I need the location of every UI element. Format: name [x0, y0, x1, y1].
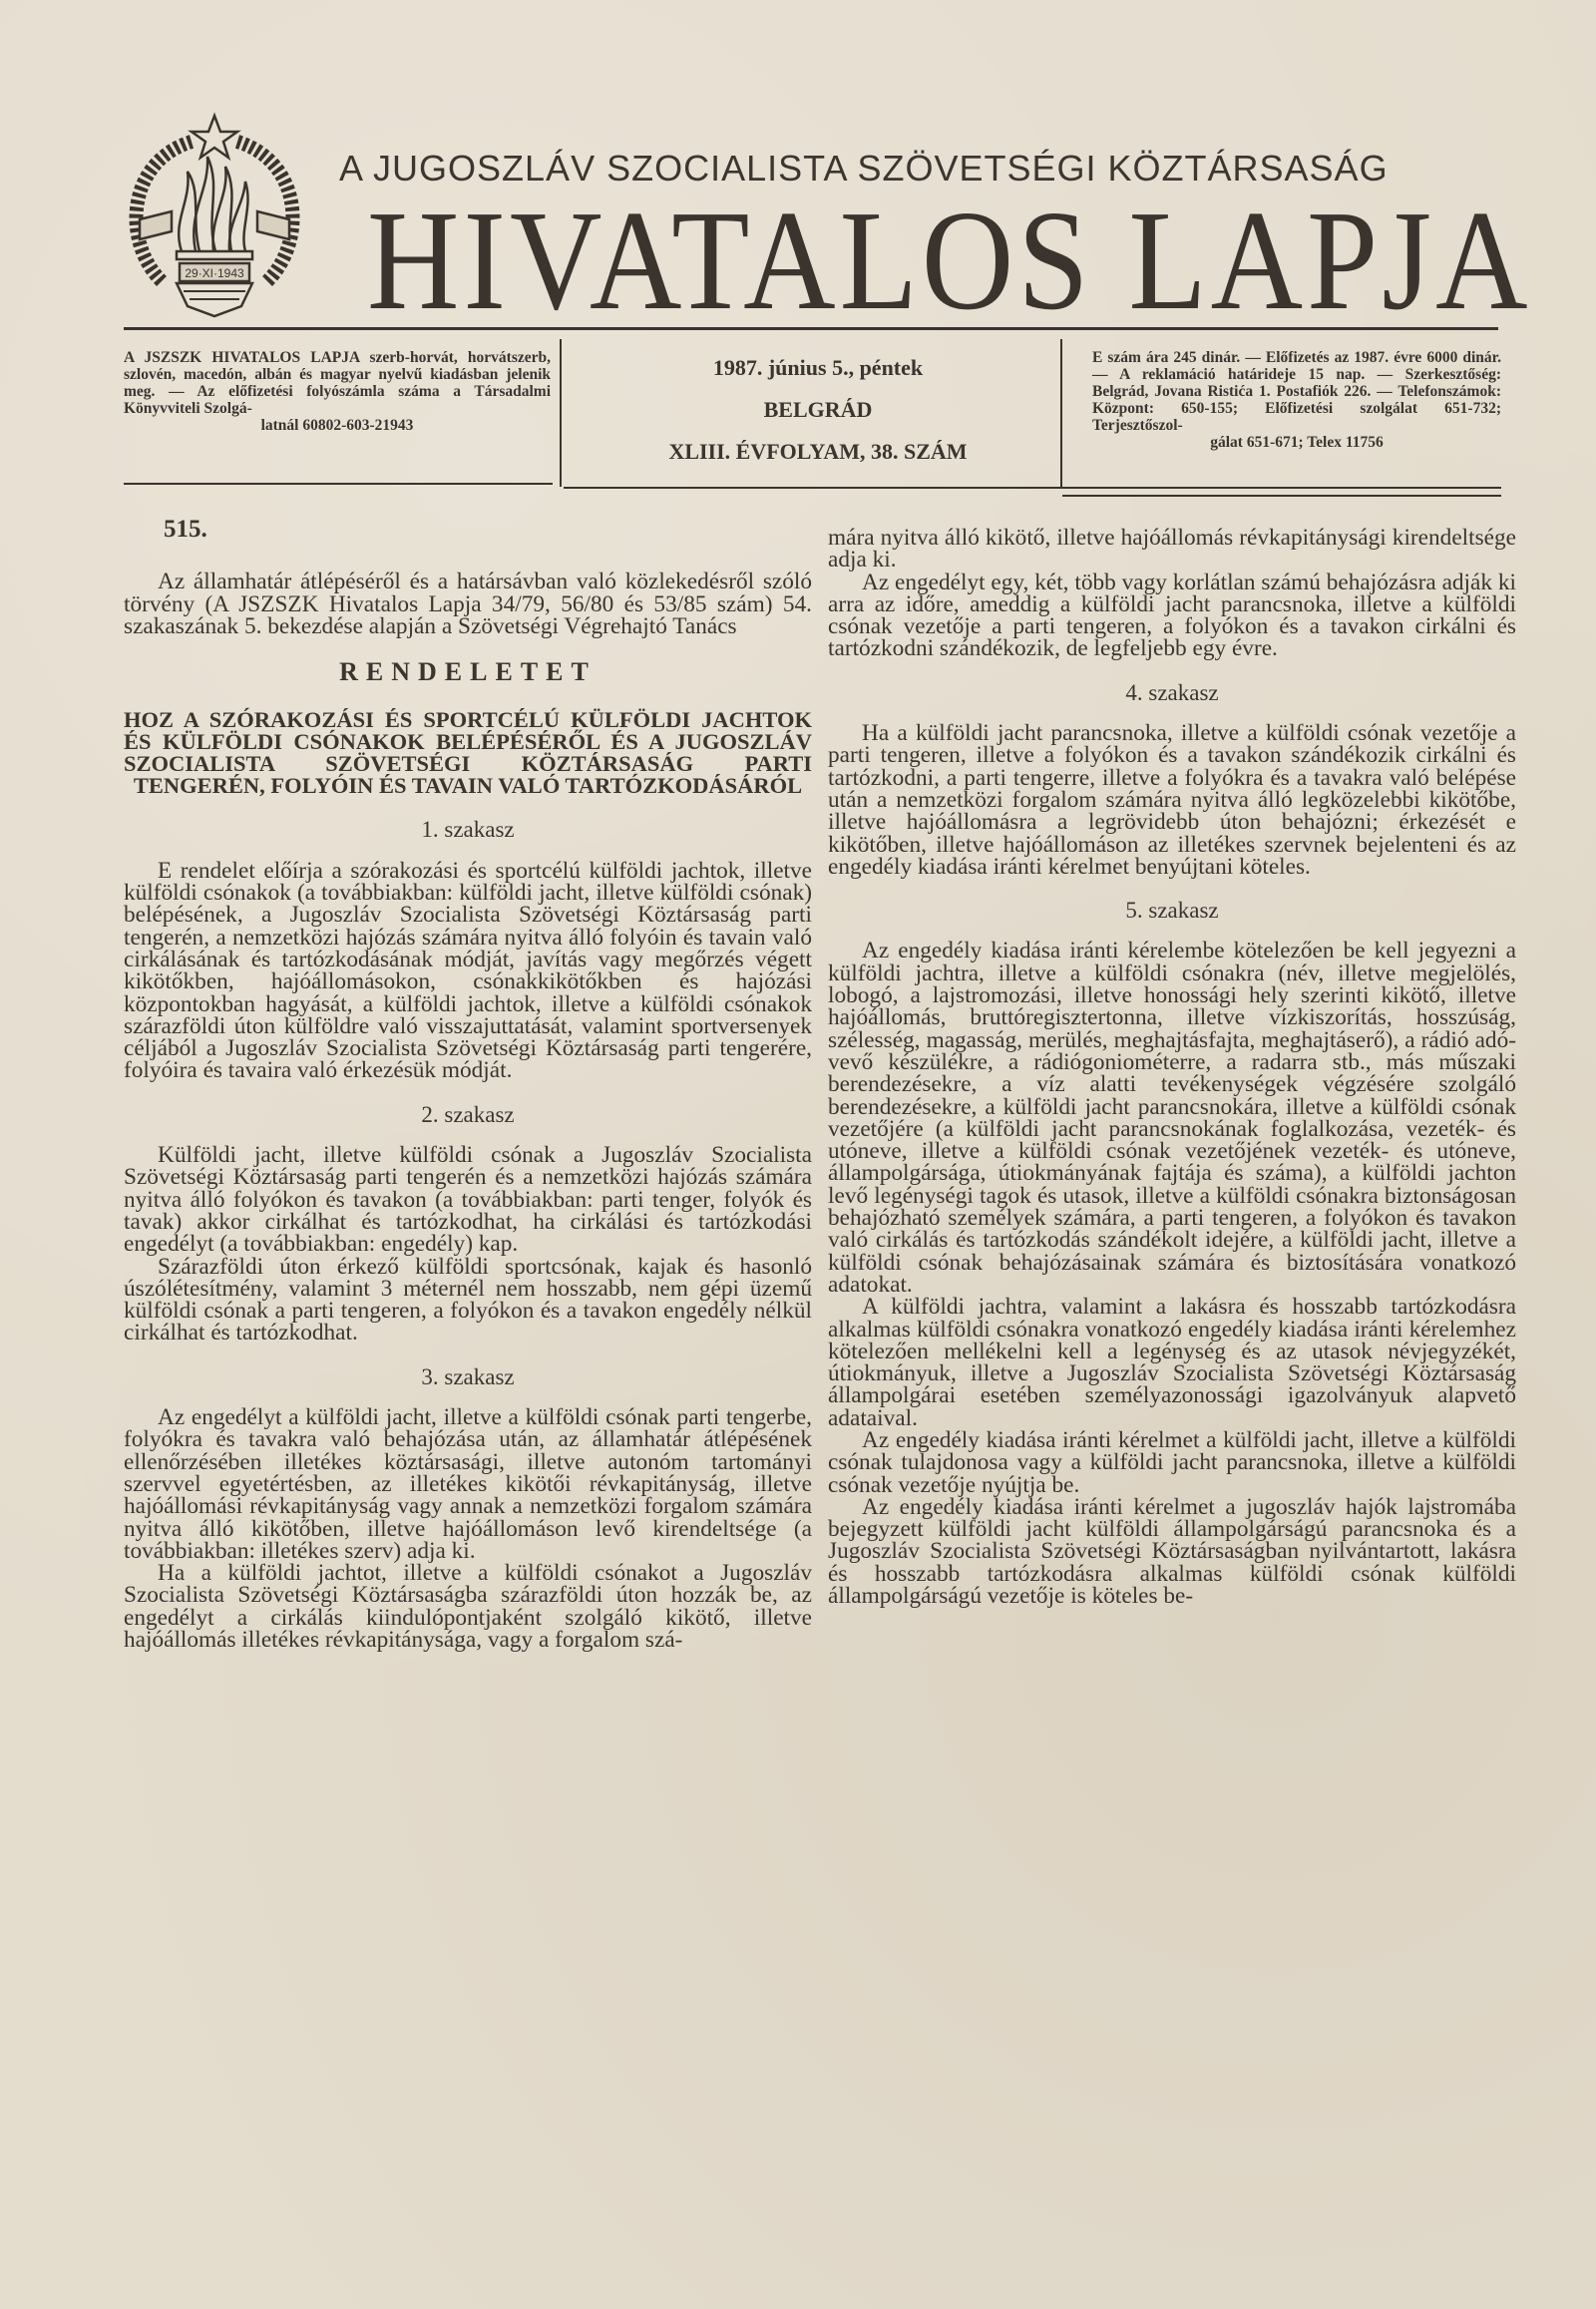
section-2-paragraph-2: Szárazföldi úton érkező külföldi sportcs… — [124, 1256, 812, 1345]
header-divider-right — [1060, 339, 1062, 487]
coat-of-arms-emblem-icon: 29·XI·1943 — [122, 112, 307, 321]
issue-volume: XLIII. ÉVFOLYAM, 38. SZÁM — [589, 431, 1047, 473]
issue-info: 1987. június 5., péntek BELGRÁD XLIII. É… — [589, 347, 1047, 473]
header-bottom-rule-mid — [564, 487, 1501, 489]
section-1-title: 1. szakasz — [124, 819, 812, 841]
svg-text:29·XI·1943: 29·XI·1943 — [185, 266, 244, 280]
issue-date: 1987. június 5., péntek — [589, 347, 1047, 389]
preamble: Az államhatár átlépéséről és a határsávb… — [124, 571, 812, 637]
section-4-title: 4. szakasz — [828, 682, 1516, 704]
header-bottom-rule-right — [1062, 495, 1501, 497]
section-3-paragraph-1: Az engedélyt a külföldi jacht, illetve a… — [124, 1406, 812, 1562]
section-2-title: 2. szakasz — [124, 1104, 812, 1126]
section-3-continued-2: Az engedélyt egy, két, több vagy korlátl… — [828, 572, 1516, 660]
section-5-paragraph-3: Az engedély kiadása iránti kérelmet a kü… — [828, 1429, 1516, 1496]
section-4-paragraph: Ha a külföldi jacht parancsnoka, illetve… — [828, 722, 1516, 878]
header-bottom-rule-left — [124, 483, 553, 485]
header-divider-left — [560, 339, 562, 487]
decree-subject: HOZ A SZÓRAKOZÁSI ÉS SPORTCÉLÚ KÜLFÖLDI … — [124, 709, 812, 797]
section-3-title: 3. szakasz — [124, 1366, 812, 1388]
publication-info-right: E szám ára 245 dinár. — Előfizetés az 19… — [1092, 349, 1501, 451]
telex-line: gálat 651-671; Telex 11756 — [1092, 434, 1501, 451]
decree-heading: RENDELETET — [124, 661, 812, 683]
publication-info-left: A JSZSZK HIVATALOS LAPJA szerb-horvát, h… — [124, 349, 551, 434]
section-5-title: 5. szakasz — [828, 900, 1516, 922]
section-3-paragraph-2: Ha a külföldi jachtot, illetve a külföld… — [124, 1562, 812, 1651]
publication-languages-text: A JSZSZK HIVATALOS LAPJA szerb-horvát, h… — [124, 349, 551, 417]
account-number: latnál 60802-603-21943 — [124, 417, 551, 434]
left-column: 515. Az államhatár átlépéséről és a hatá… — [124, 519, 812, 1651]
section-2-paragraph-1: Külföldi jacht, illetve külföldi csónak … — [124, 1144, 812, 1255]
header-top-rule — [124, 327, 1498, 330]
section-3-continued-1: mára nyitva álló kikötő, illetve hajóáll… — [828, 527, 1516, 572]
right-column: mára nyitva álló kikötő, illetve hajóáll… — [828, 527, 1516, 1607]
article-number: 515. — [164, 519, 812, 541]
price-contact-text: E szám ára 245 dinár. — Előfizetés az 19… — [1092, 349, 1501, 434]
issue-city: BELGRÁD — [589, 389, 1047, 431]
section-5-paragraph-1: Az engedély kiadása iránti kérelembe köt… — [828, 940, 1516, 1296]
section-1-paragraph: E rendelet előírja a szórakozási és spor… — [124, 860, 812, 1082]
section-5-paragraph-2: A külföldi jachtra, valamint a lakásra é… — [828, 1296, 1516, 1429]
masthead-title: HIVATALOS LAPJA — [367, 188, 1504, 333]
section-5-paragraph-4: Az engedély kiadása iránti kérelmet a ju… — [828, 1496, 1516, 1607]
